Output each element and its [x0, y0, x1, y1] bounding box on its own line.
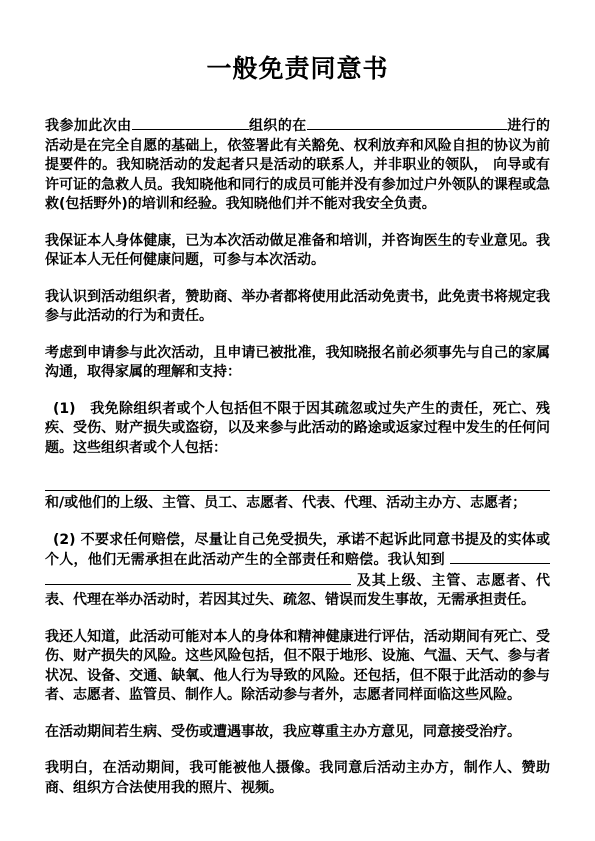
paragraph-media-release: 我明白，在活动期间，我可能被他人摄像。我同意后活动主办方，制作人、赞助商、组织方… — [45, 759, 550, 798]
intro-text-before-location: 组织的在 — [249, 118, 307, 134]
paragraph-risk-awareness: 我还人知道，此活动可能对本人的身体和精神健康进行评估，活动期间有死亡、受伤、财产… — [45, 628, 550, 706]
paragraph-family-consent: 考虑到申请参与此次活动，且申请已被批准，我知晓报名前必须事先与自己的家属沟通，取… — [45, 344, 550, 383]
entity-name-blank-field-2[interactable] — [45, 571, 351, 585]
activity-location-blank-field[interactable] — [307, 116, 507, 130]
entity-name-blank-field-1[interactable] — [450, 550, 550, 564]
paragraph-release-clause-1: (1) 我免除组织者或个人包括但不限于因其疏忽或过失产生的责任，死亡、残疾、受伤… — [45, 400, 550, 459]
disclaimer-document-page: 一般免责同意书 我参加此次由组织的在进行的活动是在完全自愿的基础上，依签署此有关… — [0, 0, 595, 841]
paragraph-medical-treatment: 在活动期间若生病、受伤或遭遇事故，我应尊重主办方意见，同意接受治疗。 — [45, 723, 550, 743]
organizers-list-blank-field[interactable] — [45, 475, 550, 491]
paragraph-intro: 我参加此次由组织的在进行的活动是在完全自愿的基础上，依签署此有关豁免、权利放弃和… — [45, 116, 550, 215]
intro-text-before-organizer: 我参加此次由 — [45, 118, 132, 134]
paragraph-acknowledgement: 我认识到活动组织者，赞助商、举办者都将使用此活动免责书，此免责书将规定我参与此活… — [45, 288, 550, 327]
document-title: 一般免责同意书 — [45, 54, 550, 84]
paragraph-health-guarantee: 我保证本人身体健康，已为本次活动做足准备和培训，并咨询医生的专业意见。我保证本人… — [45, 232, 550, 271]
organizer-name-blank-field[interactable] — [132, 116, 249, 130]
paragraph-release-clause-2: (2) 不要求任何赔偿，尽量让自己免受损失，承诺不起诉此同意书提及的实体或个人，… — [45, 531, 550, 611]
paragraph-affiliates: 和/或他们的上级、主管、员工、志愿者、代表、代理、活动主办方、志愿者； — [45, 494, 550, 514]
